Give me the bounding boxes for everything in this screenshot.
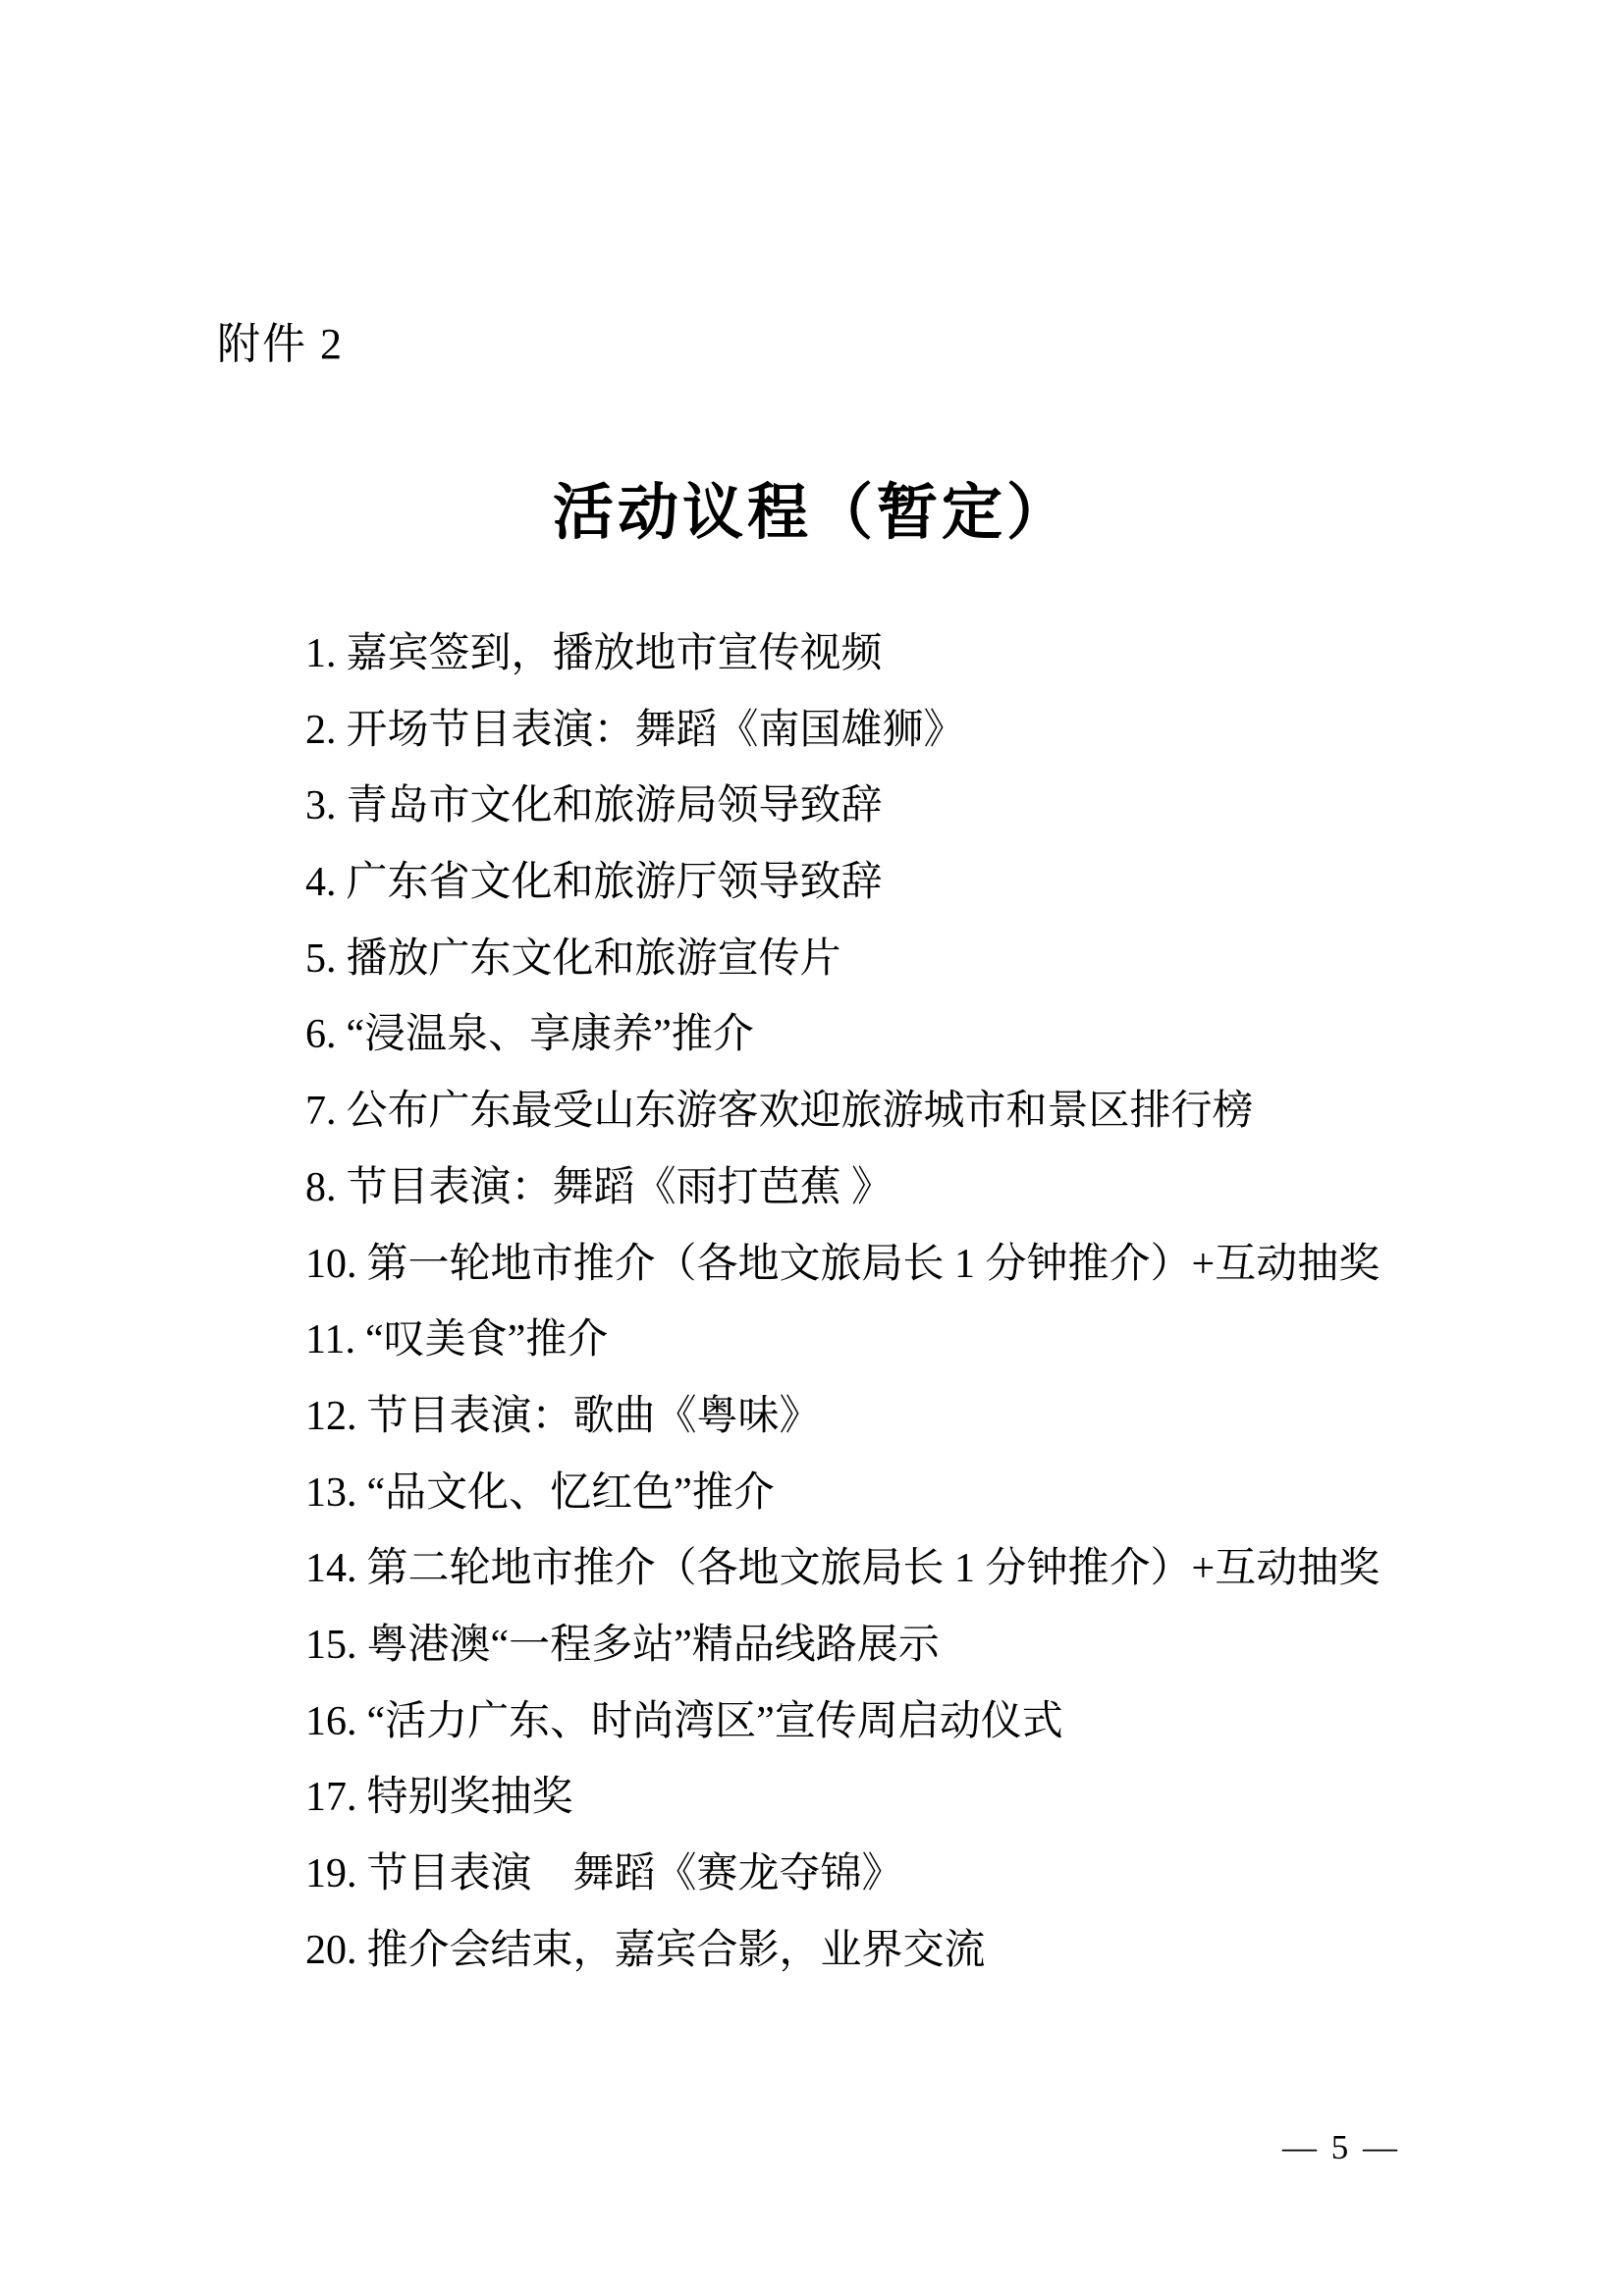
agenda-item-number: 5.	[305, 936, 337, 982]
page-number: — 5 —	[1282, 2128, 1400, 2167]
agenda-item-number: 16.	[305, 1699, 357, 1744]
agenda-item: 20.推介会结束，嘉宾合影，业界交流	[305, 1913, 1380, 1990]
agenda-item-number: 6.	[305, 1012, 337, 1057]
agenda-item: 3.青岛市文化和旅游局领导致辞	[305, 769, 1380, 845]
agenda-item-text: 公布广东最受山东游客欢迎旅游城市和景区排行榜	[347, 1089, 1254, 1134]
agenda-item-number: 7.	[305, 1089, 337, 1134]
agenda-item-number: 3.	[305, 783, 337, 828]
agenda-item-number: 12.	[305, 1394, 357, 1439]
agenda-item-text: “浸温泉、享康养”推介	[347, 1012, 754, 1057]
agenda-item-text: “品文化、忆红色”推介	[367, 1470, 775, 1516]
attachment-label: 附件 2	[217, 308, 344, 371]
agenda-item-text: 特别奖抽奖	[367, 1775, 573, 1820]
agenda-item: 14.第二轮地市推介（各地文旅局长 1 分钟推介）+互动抽奖	[305, 1531, 1380, 1608]
agenda-item-text: “叹美食”推介	[365, 1317, 608, 1362]
agenda-item: 16.“活力广东、时尚湾区”宣传周启动仪式	[305, 1684, 1380, 1761]
agenda-item-text: 节目表演：舞蹈《雨打芭蕉 》	[347, 1165, 893, 1210]
agenda-item-text: 嘉宾签到，播放地市宣传视频	[347, 631, 883, 676]
agenda-item-number: 13.	[305, 1470, 357, 1516]
agenda-item: 10.第一轮地市推介（各地文旅局长 1 分钟推介）+互动抽奖	[305, 1227, 1380, 1304]
agenda-item-text: 节目表演：歌曲《粤味》	[367, 1394, 821, 1439]
agenda-item: 1.嘉宾签到，播放地市宣传视频	[305, 616, 1380, 693]
agenda-item: 8.节目表演：舞蹈《雨打芭蕉 》	[305, 1150, 1380, 1227]
agenda-item-text: 开场节目表演：舞蹈《南国雄狮》	[347, 708, 965, 753]
agenda-item: 6.“浸温泉、享康养”推介	[305, 997, 1380, 1074]
agenda-item: 15.粤港澳“一程多站”精品线路展示	[305, 1608, 1380, 1684]
agenda-item-text: 青岛市文化和旅游局领导致辞	[347, 783, 883, 828]
agenda-item: 17.特别奖抽奖	[305, 1760, 1380, 1837]
agenda-item-number: 1.	[305, 631, 337, 676]
agenda-item-text: 播放广东文化和旅游宣传片	[347, 936, 841, 982]
agenda-item-text: 粤港澳“一程多站”精品线路展示	[367, 1623, 940, 1668]
agenda-item-number: 10.	[305, 1242, 357, 1287]
agenda-item-text: 节目表演 舞蹈《赛龙夺锦》	[367, 1851, 903, 1896]
agenda-item-number: 15.	[305, 1623, 357, 1668]
agenda-list: 1.嘉宾签到，播放地市宣传视频2.开场节目表演：舞蹈《南国雄狮》3.青岛市文化和…	[305, 616, 1380, 1989]
agenda-item: 11.“叹美食”推介	[305, 1303, 1380, 1379]
page-title: 活动议程（暂定）	[0, 463, 1624, 551]
agenda-item-number: 2.	[305, 708, 337, 753]
agenda-item: 4.广东省文化和旅游厅领导致辞	[305, 845, 1380, 922]
agenda-item-number: 17.	[305, 1775, 357, 1820]
agenda-item-number: 20.	[305, 1928, 357, 1973]
agenda-item-number: 4.	[305, 860, 337, 905]
agenda-item-text: 广东省文化和旅游厅领导致辞	[347, 860, 883, 905]
agenda-item-number: 19.	[305, 1851, 357, 1896]
agenda-item: 13.“品文化、忆红色”推介	[305, 1456, 1380, 1532]
agenda-item-number: 8.	[305, 1165, 337, 1210]
agenda-item: 7.公布广东最受山东游客欢迎旅游城市和景区排行榜	[305, 1074, 1380, 1150]
agenda-item-text: 推介会结束，嘉宾合影，业界交流	[367, 1928, 986, 1973]
agenda-item: 5.播放广东文化和旅游宣传片	[305, 922, 1380, 998]
agenda-item-number: 14.	[305, 1546, 357, 1591]
agenda-item-number: 11.	[305, 1317, 355, 1362]
agenda-item-text: 第二轮地市推介（各地文旅局长 1 分钟推介）+互动抽奖	[367, 1546, 1380, 1591]
agenda-item-text: “活力广东、时尚湾区”宣传周启动仪式	[367, 1699, 1063, 1744]
agenda-item: 2.开场节目表演：舞蹈《南国雄狮》	[305, 693, 1380, 770]
agenda-item: 12.节目表演：歌曲《粤味》	[305, 1379, 1380, 1456]
agenda-item: 19.节目表演 舞蹈《赛龙夺锦》	[305, 1837, 1380, 1913]
agenda-item-text: 第一轮地市推介（各地文旅局长 1 分钟推介）+互动抽奖	[367, 1242, 1380, 1287]
